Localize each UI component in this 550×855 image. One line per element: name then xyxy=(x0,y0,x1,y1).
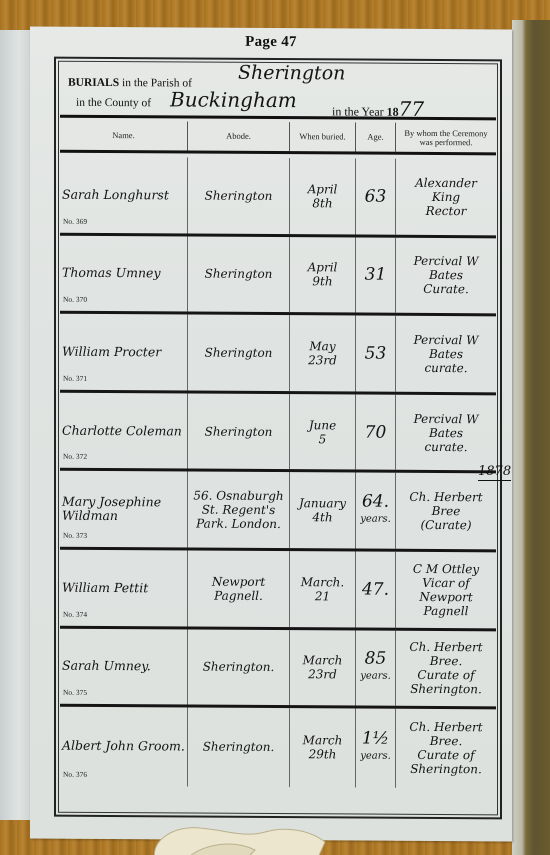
entry-age-cell: 70 xyxy=(356,394,396,470)
entry-when-line: 9th xyxy=(312,275,332,289)
entry-when-line: April xyxy=(308,182,338,196)
entry-officiant-line: curate. xyxy=(424,440,467,454)
entry-age: 47. xyxy=(362,580,389,598)
entry-abode-cell: 56. Osnaburgh St. Regent's Park. London. xyxy=(188,472,290,548)
entry-age: 70 xyxy=(365,423,387,441)
entry-officiant-cell: Ch. Herbert Bree.Curate ofSherington. xyxy=(396,630,496,706)
entry-name-cell: Mary Josephine WildmanNo. 373 xyxy=(60,471,188,547)
burial-register-table: BURIALS in the Parish of Sherington in t… xyxy=(54,57,502,820)
entry-when-line: 4th xyxy=(312,510,332,524)
county-line: in the County of xyxy=(76,97,151,109)
year-printed: 18 xyxy=(387,105,399,119)
entry-officiant-line: (Curate) xyxy=(420,518,471,532)
bookmark-ribbon xyxy=(145,820,330,855)
entry-age-cell: 64.years. xyxy=(356,473,396,549)
entry-age-unit: years. xyxy=(360,511,391,529)
entry-officiant-cell: C M OttleyVicar ofNewport Pagnell xyxy=(396,552,496,628)
entry-when-cell: April9th xyxy=(290,237,356,313)
entry-when-line: 5 xyxy=(319,432,327,446)
burials-label: BURIALS xyxy=(68,77,119,89)
entry-when-line: January xyxy=(299,496,346,510)
entry-number: No. 373 xyxy=(63,529,87,543)
entry-when-line: March. xyxy=(301,575,344,589)
entry-abode-cell: Sherington xyxy=(188,157,290,233)
entry-abode-cell: Sherington xyxy=(188,236,290,312)
entry-officiant-line: Ch. Herbert Bree. xyxy=(398,640,494,669)
entries-list: Sarah LonghurstNo. 369SheringtonApril8th… xyxy=(60,157,496,814)
entry-officiant-cell: Percival WBatesCurate. xyxy=(396,237,496,313)
entry-name-cell: Thomas UmneyNo. 370 xyxy=(60,235,188,311)
parish-name: Sherington xyxy=(238,62,345,85)
county-prefix: in the County of xyxy=(76,97,151,109)
entry-age: 53 xyxy=(365,345,387,363)
entry-officiant-line: Rector xyxy=(426,204,467,218)
entry-name-cell: Sarah Umney.No. 375 xyxy=(60,628,188,704)
entry-name-cell: William ProcterNo. 371 xyxy=(60,314,188,390)
entry-age-cell: 85years. xyxy=(356,630,396,706)
entry-abode-cell: Sherington. xyxy=(188,708,290,787)
table-row: Albert John Groom.No. 376Sherington.Marc… xyxy=(60,707,496,788)
entry-officiant-line: Percival W xyxy=(414,411,479,425)
county-name: Buckingham xyxy=(170,87,297,112)
col-when-buried: When buried. xyxy=(290,122,356,151)
year-line: in the Year 1877 xyxy=(332,96,424,121)
entry-number: No. 371 xyxy=(63,372,87,386)
entry-officiant-line: Bates xyxy=(429,268,463,282)
entry-age-cell: 53 xyxy=(356,316,396,392)
entry-officiant-line: Sherington. xyxy=(410,682,482,696)
entry-number: No. 374 xyxy=(63,607,87,621)
entry-abode: Sherington xyxy=(205,346,273,360)
entry-number: No. 370 xyxy=(63,293,87,307)
entry-number: No. 369 xyxy=(63,214,87,228)
col-abode: Abode. xyxy=(188,121,290,151)
col-by-whom: By whom the Ceremony was performed. xyxy=(396,123,496,153)
entry-officiant-line: Bates xyxy=(429,426,463,440)
entry-officiant-cell: Percival WBatescurate. xyxy=(396,316,496,392)
entry-officiant-cell: Ch. Herbert Bree.Curate ofSherington. xyxy=(396,709,496,788)
entry-number: No. 376 xyxy=(63,767,87,781)
entry-age: 31 xyxy=(365,266,387,284)
entry-when-line: 23rd xyxy=(308,668,337,682)
entry-officiant-line: Sherington. xyxy=(410,762,482,776)
entry-name: Mary Josephine Wildman xyxy=(62,495,185,524)
entry-officiant-line: Percival W xyxy=(414,333,479,347)
entry-name: William Procter xyxy=(62,345,161,360)
entry-when-cell: April8th xyxy=(290,158,356,234)
entry-age-unit: years. xyxy=(360,748,391,766)
table-row: Thomas UmneyNo. 370SheringtonApril9th31P… xyxy=(60,235,496,316)
entry-age: 64. xyxy=(362,493,389,511)
year-prefix: in the Year xyxy=(332,104,384,118)
table-row: Charlotte ColemanNo. 372SheringtonJune57… xyxy=(60,392,496,473)
entry-name: Thomas Umney xyxy=(62,266,161,281)
entry-abode: Sherington xyxy=(205,424,273,438)
entry-when-line: 23rd xyxy=(308,353,337,367)
entry-abode: Newport Pagnell. xyxy=(190,574,287,603)
page-number: Page 47 xyxy=(30,33,512,53)
entry-when-cell: June5 xyxy=(290,394,356,470)
entry-abode-cell: Newport Pagnell. xyxy=(188,550,290,626)
entry-abode: Sherington. xyxy=(203,740,275,754)
entry-abode: Sherington. xyxy=(203,660,275,674)
table-row: Sarah Umney.No. 375Sherington.March23rd8… xyxy=(60,628,496,709)
book-binding-edge xyxy=(512,20,550,855)
table-row: William ProcterNo. 371SheringtonMay23rd5… xyxy=(60,314,496,395)
entry-when-line: March xyxy=(303,654,343,668)
margin-year-note: 1878 xyxy=(478,464,511,481)
entry-officiant-line: curate. xyxy=(424,361,467,375)
entry-when-cell: March23rd xyxy=(290,630,356,706)
entry-when-line: 8th xyxy=(312,196,332,210)
entry-number: No. 372 xyxy=(63,450,87,464)
register-page: Page 47 BURIALS in the Parish of Shering… xyxy=(30,27,512,842)
entry-name: Albert John Groom. xyxy=(62,739,185,754)
column-headers: Name. Abode. When buried. Age. By whom t… xyxy=(60,121,496,156)
table-row: Sarah LonghurstNo. 369SheringtonApril8th… xyxy=(60,157,496,238)
year-written: 77 xyxy=(399,97,424,121)
entry-officiant-line: Vicar of xyxy=(422,576,469,590)
entry-name-cell: Albert John Groom.No. 376 xyxy=(60,707,188,786)
entry-officiant-line: Curate of xyxy=(417,668,474,682)
entry-age: 85 xyxy=(365,650,387,668)
entry-officiant-line: Alexander xyxy=(415,176,477,190)
entry-name-cell: Sarah LonghurstNo. 369 xyxy=(60,157,188,233)
entry-name-cell: Charlotte ColemanNo. 372 xyxy=(60,392,188,468)
entry-officiant-cell: Ch. Herbert Bree(Curate) xyxy=(396,473,496,549)
entry-age-cell: 63 xyxy=(356,159,396,235)
entry-officiant-cell: AlexanderKingRector xyxy=(396,159,496,235)
entry-when-line: March xyxy=(303,734,343,748)
entry-age-cell: 47. xyxy=(356,551,396,627)
register-header: BURIALS in the Parish of Sherington in t… xyxy=(60,63,496,121)
entry-officiant-cell: Percival WBatescurate. xyxy=(396,395,496,471)
entry-officiant-line: Curate. xyxy=(423,282,469,296)
entry-abode: Sherington xyxy=(205,188,273,202)
col-name: Name. xyxy=(60,121,188,151)
entry-abode-cell: Sherington xyxy=(188,393,290,469)
entry-when-line: June xyxy=(309,418,336,432)
entry-officiant-line: Bates xyxy=(429,347,463,361)
entry-officiant-line: King xyxy=(432,190,460,204)
entry-officiant-line: C M Ottley xyxy=(413,562,479,576)
entry-age: 1½ xyxy=(362,730,389,748)
entry-age-unit: years. xyxy=(360,668,391,686)
col-age: Age. xyxy=(356,123,396,152)
entry-abode-cell: Sherington. xyxy=(188,629,290,705)
entry-age: 63 xyxy=(365,187,387,205)
entry-when-line: 21 xyxy=(315,589,330,603)
entry-name: Sarah Umney. xyxy=(62,659,151,674)
entry-abode: Sherington xyxy=(205,267,273,281)
entry-officiant-line: Ch. Herbert Bree xyxy=(398,490,494,519)
entry-name: Charlotte Coleman xyxy=(62,423,182,438)
entry-when-line: May xyxy=(309,339,335,353)
entry-name: Sarah Longhurst xyxy=(62,188,169,203)
entry-when-line: April xyxy=(308,261,338,275)
entry-officiant-line: Ch. Herbert Bree. xyxy=(398,720,494,749)
entry-officiant-line: Curate of xyxy=(417,748,474,762)
entry-when-cell: March29th xyxy=(290,708,356,787)
entry-name-cell: William PettitNo. 374 xyxy=(60,550,188,626)
entry-name: William Pettit xyxy=(62,580,148,595)
entry-when-line: 29th xyxy=(309,748,337,762)
left-page-edge xyxy=(0,30,32,820)
entry-age-cell: 1½years. xyxy=(356,709,396,788)
entry-officiant-line: Newport Pagnell xyxy=(398,590,494,619)
entry-when-cell: January4th xyxy=(290,472,356,548)
entry-officiant-line: Percival W xyxy=(414,254,479,268)
entry-abode-cell: Sherington xyxy=(188,315,290,391)
entry-when-cell: May23rd xyxy=(290,315,356,391)
entry-abode: 56. Osnaburgh St. Regent's Park. London. xyxy=(190,489,287,532)
entry-when-cell: March.21 xyxy=(290,551,356,627)
entry-age-cell: 31 xyxy=(356,237,396,313)
entry-number: No. 375 xyxy=(63,686,87,700)
table-row: William PettitNo. 374Newport Pagnell.Mar… xyxy=(60,550,496,631)
table-row: Mary Josephine WildmanNo. 37356. Osnabur… xyxy=(60,471,496,552)
